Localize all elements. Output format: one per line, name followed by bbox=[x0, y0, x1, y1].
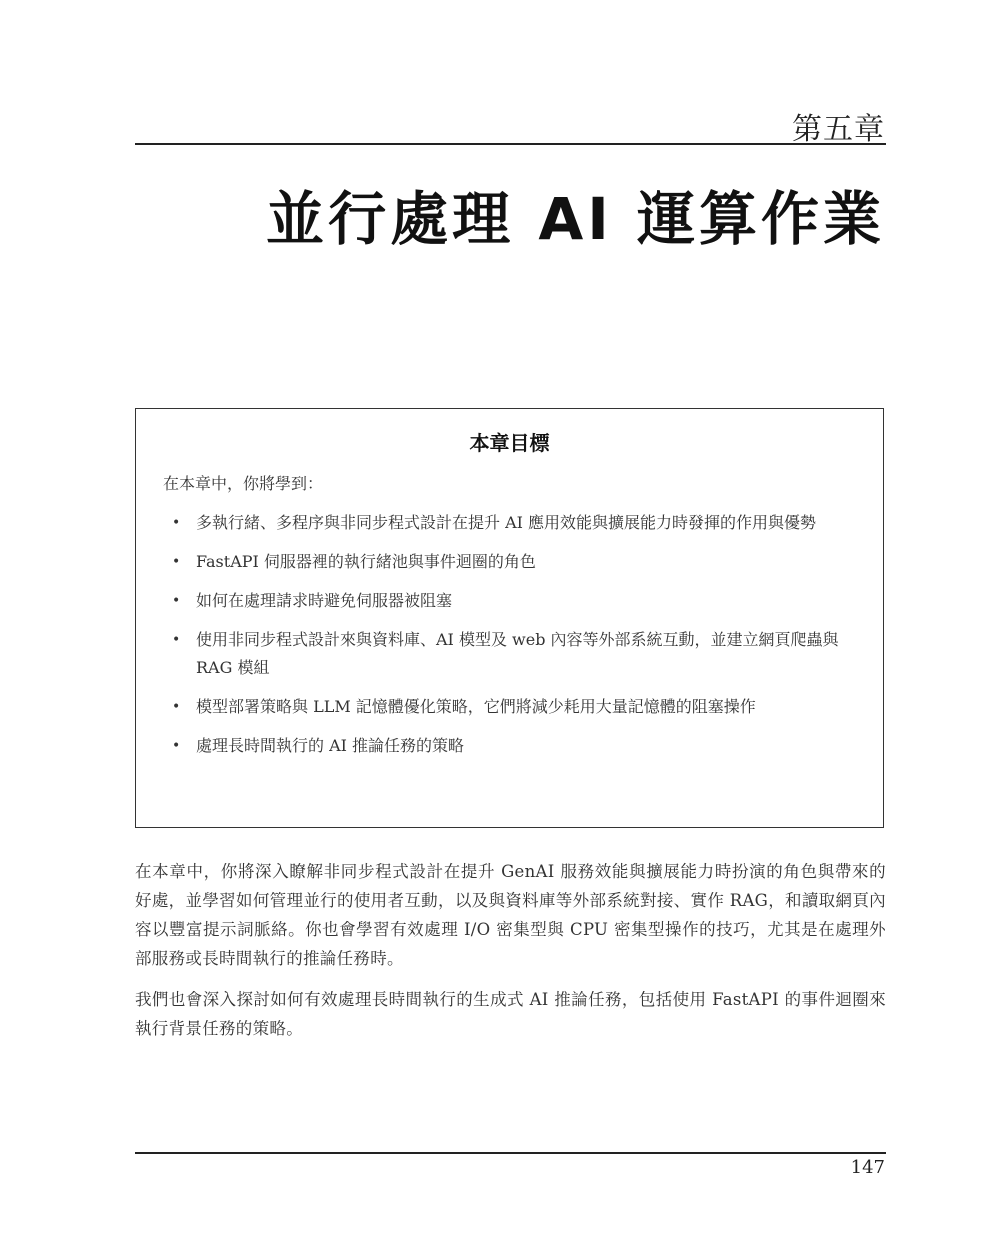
objectives-intro: 在本章中，你將學到： bbox=[163, 471, 323, 494]
bullet-icon: • bbox=[172, 587, 180, 615]
body-paragraph: 在本章中，你將深入瞭解非同步程式設計在提升 GenAI 服務效能與擴展能力時扮演… bbox=[135, 857, 886, 973]
objectives-list: •多執行緒、多程序與非同步程式設計在提升 AI 應用效能與擴展能力時發揮的作用與… bbox=[163, 509, 863, 771]
objective-item: •多執行緒、多程序與非同步程式設計在提升 AI 應用效能與擴展能力時發揮的作用與… bbox=[163, 509, 863, 537]
bullet-icon: • bbox=[172, 626, 180, 654]
header-divider bbox=[135, 143, 886, 145]
objective-item: •使用非同步程式設計來與資料庫、AI 模型及 web 內容等外部系統互動，並建立… bbox=[163, 626, 863, 682]
bullet-icon: • bbox=[172, 693, 180, 721]
bullet-icon: • bbox=[172, 732, 180, 760]
objective-item: •處理長時間執行的 AI 推論任務的策略 bbox=[163, 732, 863, 760]
objective-item: •模型部署策略與 LLM 記憶體優化策略，它們將減少耗用大量記憶體的阻塞操作 bbox=[163, 693, 863, 721]
page-number: 147 bbox=[851, 1157, 885, 1178]
body-paragraph: 我們也會深入探討如何有效處理長時間執行的生成式 AI 推論任務，包括使用 Fas… bbox=[135, 985, 886, 1043]
objective-item: •如何在處理請求時避免伺服器被阻塞 bbox=[163, 587, 863, 615]
chapter-objectives-box: 本章目標 在本章中，你將學到： •多執行緒、多程序與非同步程式設計在提升 AI … bbox=[135, 408, 884, 828]
bullet-icon: • bbox=[172, 509, 180, 537]
chapter-label: 第五章 bbox=[792, 104, 885, 148]
footer-divider bbox=[135, 1152, 886, 1154]
chapter-title: 並行處理 AI 運算作業 bbox=[266, 172, 885, 256]
bullet-icon: • bbox=[172, 548, 180, 576]
objective-item: •FastAPI 伺服器裡的執行緒池與事件迴圈的角色 bbox=[163, 548, 863, 576]
objectives-title: 本章目標 bbox=[136, 427, 883, 456]
body-text: 在本章中，你將深入瞭解非同步程式設計在提升 GenAI 服務效能與擴展能力時扮演… bbox=[135, 857, 886, 1055]
